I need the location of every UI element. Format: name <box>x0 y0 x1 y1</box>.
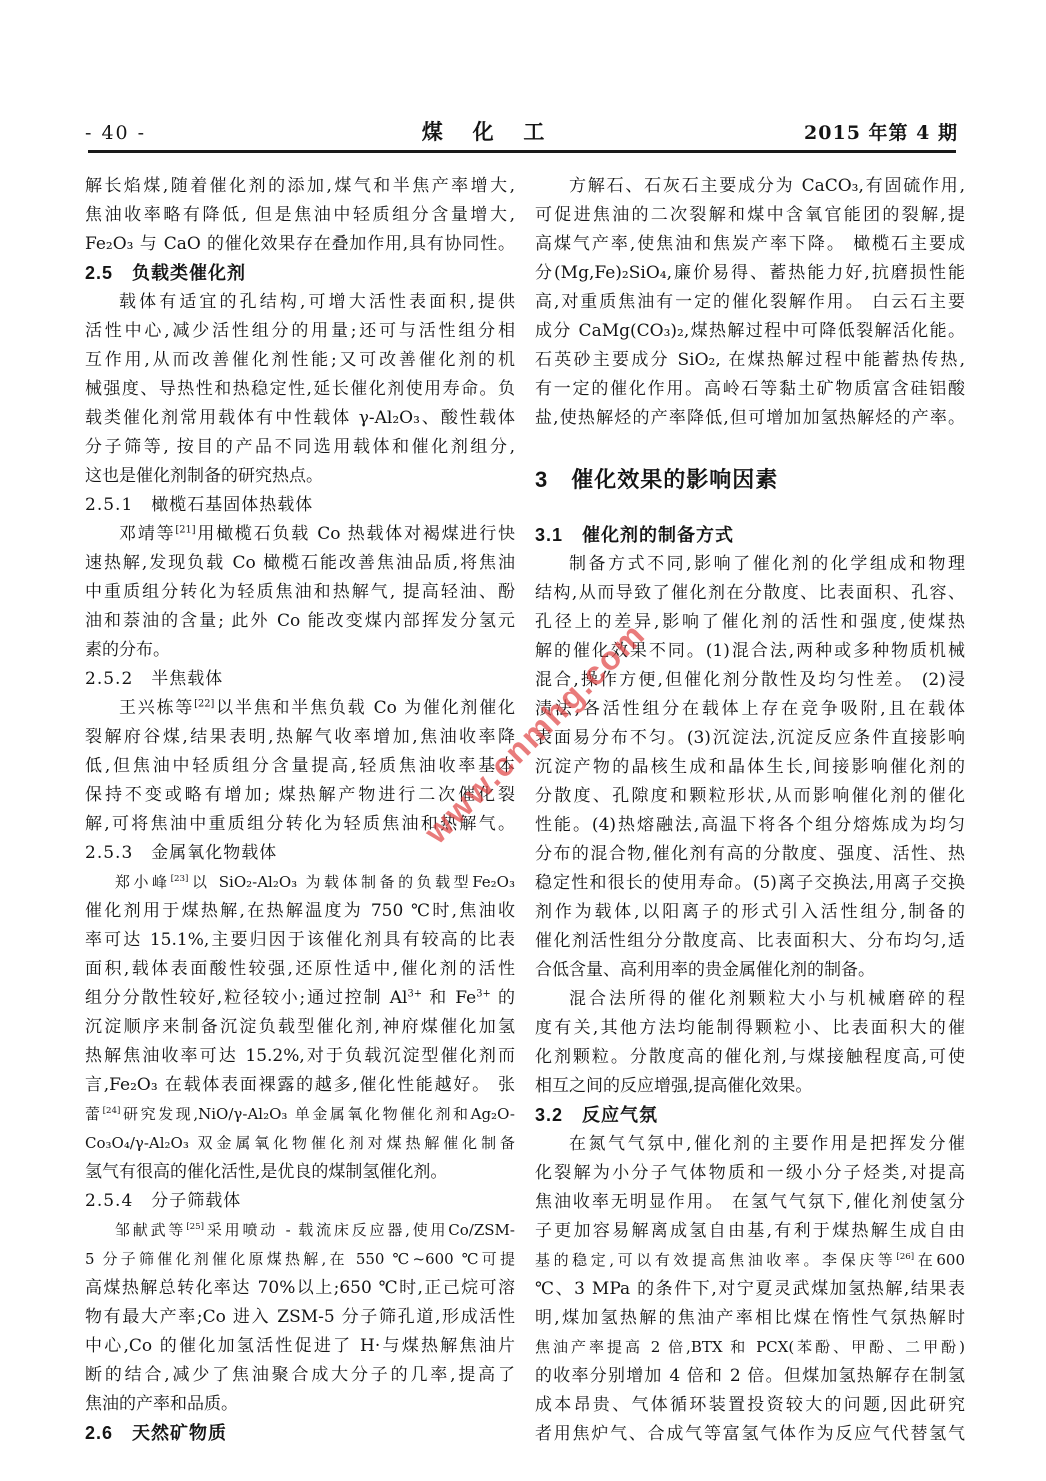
text-line: 稳定性和很长的使用寿命。(5)离子交换法,用离子交换 <box>535 869 965 898</box>
text-line: 载类催化剂常用载体有中性载体 γ-Al₂O₃、酸性载体 <box>85 404 515 433</box>
text-line: 氢气有很高的催化活性,是优良的煤制氢催化剂。 <box>85 1158 515 1187</box>
text-line: 素的分布。 <box>85 636 515 665</box>
text-line: 焦油的产率和品质。 <box>85 1390 515 1419</box>
text-line: 石英砂主要成分 SiO₂, 在煤热解过程中能蓄热传热, <box>535 346 965 375</box>
text-line: 分子筛等, 按目的产品不同选用载体和催化剂组分, <box>85 433 515 462</box>
text-line: 催化剂用于煤热解,在热解温度为 750 ℃时,焦油收 <box>85 897 515 926</box>
text-line: 在氮气气氛中,催化剂的主要作用是把挥发分催 <box>535 1130 965 1159</box>
text-line: 相互之间的反应增强,提高催化效果。 <box>535 1072 965 1101</box>
text-line: 油和萘油的含量; 此外 Co 能改变煤内部挥发分氢元 <box>85 607 515 636</box>
text-line: 剂作为载体,以阳离子的形式引入活性组分,制备的 <box>535 898 965 927</box>
text-line: 者用焦炉气、合成气等富氢气体作为反应气代替氢气 <box>535 1420 965 1449</box>
text-line: 度有关,其他方法均能制得颗粒小、比表面积大的催 <box>535 1014 965 1043</box>
text-line: 有一定的催化作用。高岭石等黏土矿物质富含硅铝酸 <box>535 375 965 404</box>
text-line: 基的稳定,可以有效提高焦油收率。李保庆等[26]在600 <box>535 1246 965 1275</box>
text-line: 低,但焦油中轻质组分含量提高,轻质焦油收率基本 <box>85 752 515 781</box>
text-line: 热解焦油收率可达 15.2%,对于负载沉淀型催化剂而 <box>85 1042 515 1071</box>
text-line: 裂解府谷煤,结果表明,热解气收率增加,焦油收率降 <box>85 723 515 752</box>
text-line: 化剂颗粒。分散度高的催化剂,与煤接触程度高,可使 <box>535 1043 965 1072</box>
text-line: 这也是催化剂制备的研究热点。 <box>85 462 515 491</box>
heading-line: 3 催化效果的影响因素 <box>535 465 965 495</box>
text-line: 分(Mg,Fe)₂SiO₄,廉价易得、蓄热能力好,抗磨损性能 <box>535 259 965 288</box>
text-line: 成分 CaMg(CO₃)₂,煤热解过程中可降低裂解活化能。 <box>535 317 965 346</box>
text-line: 焦油收率略有降低, 但是焦油中轻质组分含量增大, <box>85 201 515 230</box>
text-line: Co₃O₄/γ-Al₂O₃ 双金属氧化物催化剂对煤热解催化制备 <box>85 1129 515 1158</box>
text-line: ℃、3 MPa 的条件下,对宁夏灵武煤加氢热解,结果表 <box>535 1275 965 1304</box>
text-line: 邹献武等[25]采用喷动 - 载流床反应器,使用Co/ZSM- <box>85 1216 515 1245</box>
text-line: 互作用,从而改善催化剂性能;又可改善催化剂的机 <box>85 346 515 375</box>
text-line: 郑小峰[23]以 SiO₂-Al₂O₃ 为载体制备的负载型Fe₂O₃ <box>85 868 515 897</box>
text-line: 保持不变或略有增加; 煤热解产物进行二次催化裂 <box>85 781 515 810</box>
text-line: 焦油产率提高 2 倍,BTX 和 PCX(苯酚、甲酚、二甲酚) <box>535 1333 965 1362</box>
journal-title: 煤 化 工 <box>422 116 557 146</box>
text-line: 解,可将焦油中重质组分转化为轻质焦油和热解气。 <box>85 810 515 839</box>
text-line: 断的结合,减少了焦油聚合成大分子的几率,提高了 <box>85 1361 515 1390</box>
text-line: 面积,载体表面酸性较强,还原性适中,催化剂的活性 <box>85 955 515 984</box>
heading-line: 2.5.2 半焦载体 <box>85 665 515 694</box>
text-line: 高煤热解总转化率达 70%以上;650 ℃时,正己烷可溶 <box>85 1274 515 1303</box>
text-line: 子更加容易解离成氢自由基,有利于煤热解生成自由 <box>535 1217 965 1246</box>
text-line: 物有最大产率;Co 进入 ZSM-5 分子筛孔道,形成活性 <box>85 1303 515 1332</box>
text-line: 混合,操作方便,但催化剂分散性及均匀性差。 (2)浸 <box>535 666 965 695</box>
text-line: 分散度、孔隙度和颗粒形状,从而影响催化剂的催化 <box>535 782 965 811</box>
text-line: 率可达 15.1%,主要归因于该催化剂具有较高的比表 <box>85 926 515 955</box>
text-line: 表面易分布不匀。(3)沉淀法,沉淀反应条件直接影响 <box>535 724 965 753</box>
heading-line: 2.6 天然矿物质 <box>85 1419 515 1448</box>
text-line: 蕾[24]研究发现,NiO/γ-Al₂O₃ 单金属氧化物催化剂和Ag₂O- <box>85 1100 515 1129</box>
text-line: 中心,Co 的催化加氢活性促进了 H·与煤热解焦油片 <box>85 1332 515 1361</box>
text-line: Fe₂O₃ 与 CaO 的催化效果存在叠加作用,具有协同性。 <box>85 230 515 259</box>
right-text-column: 方解石、石灰石主要成分为 CaCO₃,有固硫作用,可促进焦油的二次裂解和煤中含氧… <box>535 172 965 1449</box>
text-line: 5 分子筛催化剂催化原煤热解,在 550 ℃~600 ℃可提 <box>85 1245 515 1274</box>
text-line: 方解石、石灰石主要成分为 CaCO₃,有固硫作用, <box>535 172 965 201</box>
text-line: 邓靖等[21]用橄榄石负载 Co 热载体对褐煤进行快 <box>85 520 515 549</box>
text-line: 高煤气产率,使焦油和焦炭产率下降。 橄榄石主要成 <box>535 230 965 259</box>
text-line: 混合法所得的催化剂颗粒大小与机械磨碎的程 <box>535 985 965 1014</box>
text-line: 解的催化效果不同。(1)混合法,两种或多种物质机械 <box>535 637 965 666</box>
text-line: 明,煤加氢热解的焦油产率相比煤在惰性气氛热解时 <box>535 1304 965 1333</box>
heading-line: 2.5.3 金属氧化物载体 <box>85 839 515 868</box>
text-line: 结构,从而导致了催化剂在分散度、比表面积、孔容、 <box>535 579 965 608</box>
heading-line: 2.5 负载类催化剂 <box>85 259 515 288</box>
left-text-column: 解长焰煤,随着催化剂的添加,煤气和半焦产率增大,焦油收率略有降低, 但是焦油中轻… <box>85 172 515 1448</box>
text-line: 催化剂活性组分分散度高、比表面积大、分布均匀,适 <box>535 927 965 956</box>
text-line: 械强度、导热性和热稳定性,延长催化剂使用寿命。负 <box>85 375 515 404</box>
text-line: 盐,使热解烃的产率降低,但可增加加氢热解烃的产率。 <box>535 404 965 433</box>
page-number: - 40 - <box>85 122 146 144</box>
text-line: 性能。(4)热熔融法,高温下将各个组分熔炼成为均匀 <box>535 811 965 840</box>
text-line: 制备方式不同,影响了催化剂的化学组成和物理 <box>535 550 965 579</box>
text-line: 解长焰煤,随着催化剂的添加,煤气和半焦产率增大, <box>85 172 515 201</box>
text-line: 王兴栋等[22]以半焦和半焦负载 Co 为催化剂催化 <box>85 694 515 723</box>
text-line: 可促进焦油的二次裂解和煤中含氧官能团的裂解,提 <box>535 201 965 230</box>
text-line: 组分分散性较好,粒径较小;通过控制 Al3+ 和 Fe3+ 的 <box>85 984 515 1013</box>
text-line: 言,Fe₂O₃ 在载体表面裸露的越多,催化性能越好。 张 <box>85 1071 515 1100</box>
text-line: 孔径上的差异,影响了催化剂的活性和强度,使煤热 <box>535 608 965 637</box>
text-line: 速热解,发现负载 Co 橄榄石能改善焦油品质,将焦油 <box>85 549 515 578</box>
text-line: 化裂解为小分子气体物质和一级小分子烃类,对提高 <box>535 1159 965 1188</box>
issue-label: 2015 年第 4 期 <box>804 118 958 145</box>
text-line: 分布的混合物,催化剂有高的分散度、强度、活性、热 <box>535 840 965 869</box>
text-line: 载体有适宜的孔结构,可增大活性表面积,提供 <box>85 288 515 317</box>
page-header: - 40 - 煤 化 工 2015 年第 4 期 <box>85 116 958 146</box>
header-divider-rule <box>88 150 956 153</box>
text-line: 的收率分别增加 4 倍和 2 倍。但煤加氢热解存在制氢 <box>535 1362 965 1391</box>
text-line: 高,对重质焦油有一定的催化裂解作用。 白云石主要 <box>535 288 965 317</box>
text-line: 焦油收率无明显作用。 在氢气气氛下,催化剂使氢分 <box>535 1188 965 1217</box>
scanned-journal-page: - 40 - 煤 化 工 2015 年第 4 期 解长焰煤,随着催化剂的添加,煤… <box>0 0 1046 1481</box>
text-line: 沉淀顺序来制备沉淀负载型催化剂,神府煤催化加氢 <box>85 1013 515 1042</box>
text-line: 沉淀产物的晶核生成和晶体生长,间接影响催化剂的 <box>535 753 965 782</box>
text-line: 活性中心,减少活性组分的用量;还可与活性组分相 <box>85 317 515 346</box>
text-line: 中重质组分转化为轻质焦油和热解气, 提高轻油、酚 <box>85 578 515 607</box>
text-line: 渍法,各活性组分在载体上存在竞争吸附,且在载体 <box>535 695 965 724</box>
heading-line: 3.1 催化剂的制备方式 <box>535 521 965 550</box>
text-line: 成本昂贵、气体循环装置投资较大的问题,因此研究 <box>535 1391 965 1420</box>
heading-line: 2.5.4 分子筛载体 <box>85 1187 515 1216</box>
heading-line: 3.2 反应气氛 <box>535 1101 965 1130</box>
text-line: 合低含量、高利用率的贵金属催化剂的制备。 <box>535 956 965 985</box>
heading-line: 2.5.1 橄榄石基固体热载体 <box>85 491 515 520</box>
